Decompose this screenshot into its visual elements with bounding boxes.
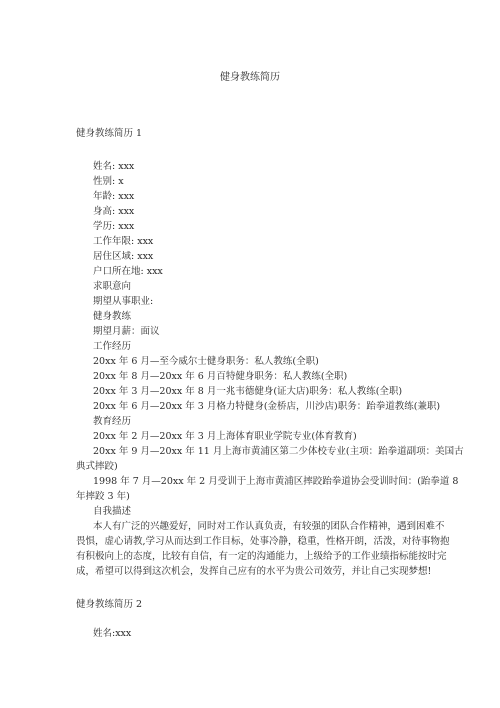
info-age: 年龄: xxx [93,191,134,203]
self-description-line: 有积极向上的态度，比较有自信，有一定的沟通能力，上级给予的工作业绩指标能按时完 [76,551,447,563]
work-item: 20xx 年 8 月—20xx 年 6 月百特健身职务：私人教练(全职) [93,371,347,383]
info-residence: 居住区域: xxx [93,251,153,263]
education-heading: 教育经历 [93,416,131,428]
self-description-heading: 自我描述 [93,506,131,518]
self-description-line: 成，希望可以得到这次机会，发挥自己应有的水平为贵公司效劳，并让自己实现梦想! [76,566,431,578]
info-work-years: 工作年限: xxx [93,236,153,248]
job-intent-position: 健身教练 [93,311,131,323]
resume2-name: 姓名:xxx [93,628,131,640]
education-item: 1998 年 7 月—20xx 年 2 月受训于上海市黄浦区摔跤跆拳道协会受训时… [93,476,458,488]
info-hukou: 户口所在地: xxx [93,266,163,278]
resume1-heading: 健身教练简历 1 [76,128,142,140]
education-item: 20xx 年 2 月—20xx 年 3 月上海体育职业学院专业(体育教育) [93,431,357,443]
work-item: 20xx 年 3 月—20xx 年 8 月一兆韦德健身(证大店)职务：私人教练(… [93,386,402,398]
work-item: 20xx 年 6 月—至今威尔士健身职务：私人教练(全职) [93,356,319,368]
job-intent-position-label: 期望从事职业: [93,296,153,308]
self-description-line: 畏惧，虚心请教,学习从而达到工作目标，处事冷静，稳重，性格开朗，活泼，对待事物抱 [76,536,450,548]
document-title: 健身教练简历 [0,68,500,83]
info-height: 身高: xxx [93,206,134,218]
info-education: 学历: xxx [93,221,134,233]
self-description-line: 本人有广泛的兴趣爱好，同时对工作认真负责，有较强的团队合作精神，遇到困难不 [93,521,445,533]
job-intent-heading: 求职意向 [93,281,131,293]
info-name: 姓名: xxx [93,161,134,173]
job-intent-salary: 期望月薪：面议 [93,326,160,338]
education-item-cont: 年摔跤 3 年) [76,491,130,503]
resume2-heading: 健身教练简历 2 [76,599,142,611]
education-item-cont: 典式摔跤) [76,461,118,473]
work-item: 20xx 年 6 月—20xx 年 3 月格力特健身(金桥店，川沙店)职务：跆拳… [93,401,440,413]
education-item: 20xx 年 9 月—20xx 年 11 月上海市黄浦区第二少体校专业(主项：跆… [93,446,464,458]
work-heading: 工作经历 [93,341,131,353]
info-gender: 性别: x [93,176,124,188]
